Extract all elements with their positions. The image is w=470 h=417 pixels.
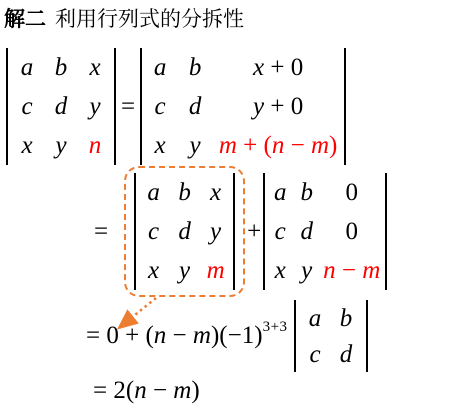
det-bar <box>114 48 116 165</box>
heading-label: 解二 <box>4 7 46 31</box>
det-cell: a <box>147 180 160 205</box>
det-cell: d <box>300 219 313 244</box>
det-cell: d <box>189 94 202 119</box>
solution-heading: 解二利用行列式的分拆性 <box>4 6 244 32</box>
determinant-boxed: a b x c d y x y m <box>134 173 235 290</box>
math-solution-page: 解二利用行列式的分拆性 a b x c d y x y n = a b <box>0 0 470 417</box>
det-cell: b <box>55 55 68 80</box>
det-cell: c <box>148 219 159 244</box>
det-grid: a b x c d y x y m <box>136 173 233 290</box>
det-cell-highlight: m <box>207 258 225 283</box>
det-cell: c <box>309 342 320 367</box>
det-grid: a b x c d y x y n <box>8 48 114 165</box>
det-cell: b <box>189 55 202 80</box>
det-cell: d <box>340 342 353 367</box>
det-cell: 0 <box>345 219 358 244</box>
det-cell: d <box>55 94 68 119</box>
det-cell: a <box>21 55 34 80</box>
det-cell: y <box>210 219 221 244</box>
det-cell: c <box>155 94 166 119</box>
equation-line-2: = a b x c d y x y m + <box>93 166 387 297</box>
determinant-original: a b x c d y x y n <box>6 48 116 165</box>
det-bar <box>344 48 346 165</box>
det-cell: a <box>274 180 287 205</box>
det-cell: x <box>210 180 221 205</box>
det-cell: c <box>21 94 32 119</box>
det-cell: d <box>178 219 191 244</box>
det-cell: b <box>178 180 191 205</box>
det-grid: a b c d <box>296 300 366 372</box>
determinant-2x2: a b c d <box>294 300 368 372</box>
det-cell: y <box>55 133 66 158</box>
plus-sign: + <box>247 218 261 246</box>
equation-line-3: = 0 + (n − m)(−1)3+3 a b c d <box>86 300 368 372</box>
det-cell: x <box>148 258 159 283</box>
equation-line-1: a b x c d y x y n = a b x + 0 c d y + 0 <box>6 48 346 165</box>
det-cell: c <box>275 219 286 244</box>
det-cell: y + 0 <box>253 94 303 119</box>
det-cell: y <box>179 258 190 283</box>
equation-line-4: = 2(n − m) <box>93 372 200 410</box>
determinant-split-column: a b x + 0 c d y + 0 x y m + (n − m) <box>140 48 346 165</box>
highlight-dashed-box: a b x c d y x y m <box>124 166 245 297</box>
det-cell-highlight: n − m <box>323 258 380 283</box>
det-cell: a <box>154 55 167 80</box>
det-cell: b <box>300 180 313 205</box>
final-result: = 2(n − m) <box>93 372 200 410</box>
equals-sign: = <box>121 93 135 121</box>
det-bar <box>385 173 387 290</box>
det-cell: a <box>309 306 322 331</box>
det-cell: y <box>190 133 201 158</box>
det-grid: a b x + 0 c d y + 0 x y m + (n − m) <box>142 48 344 165</box>
det-cell: 0 <box>345 180 358 205</box>
equals-sign: = <box>94 218 108 246</box>
det-cell: b <box>340 306 353 331</box>
determinant-remainder: a b 0 c d 0 x y n − m <box>263 173 387 290</box>
expansion-prefix: = 0 + (n − m)(−1) <box>86 322 263 349</box>
exponent: 3+3 <box>263 319 288 335</box>
heading-text: 利用行列式的分拆性 <box>55 7 244 31</box>
det-bar <box>366 300 368 372</box>
det-cell: x <box>89 55 100 80</box>
det-cell: x <box>275 258 286 283</box>
det-bar <box>233 173 235 290</box>
det-cell-highlight: m + (n − m) <box>219 133 338 158</box>
det-cell: y <box>301 258 312 283</box>
det-cell: y <box>89 94 100 119</box>
det-cell-highlight: n <box>89 133 102 158</box>
det-cell: x <box>21 133 32 158</box>
cofactor-expansion-text: = 0 + (n − m)(−1)3+3 <box>86 322 288 350</box>
det-grid: a b 0 c d 0 x y n − m <box>265 173 385 290</box>
det-cell: x <box>155 133 166 158</box>
det-cell: x + 0 <box>253 55 303 80</box>
